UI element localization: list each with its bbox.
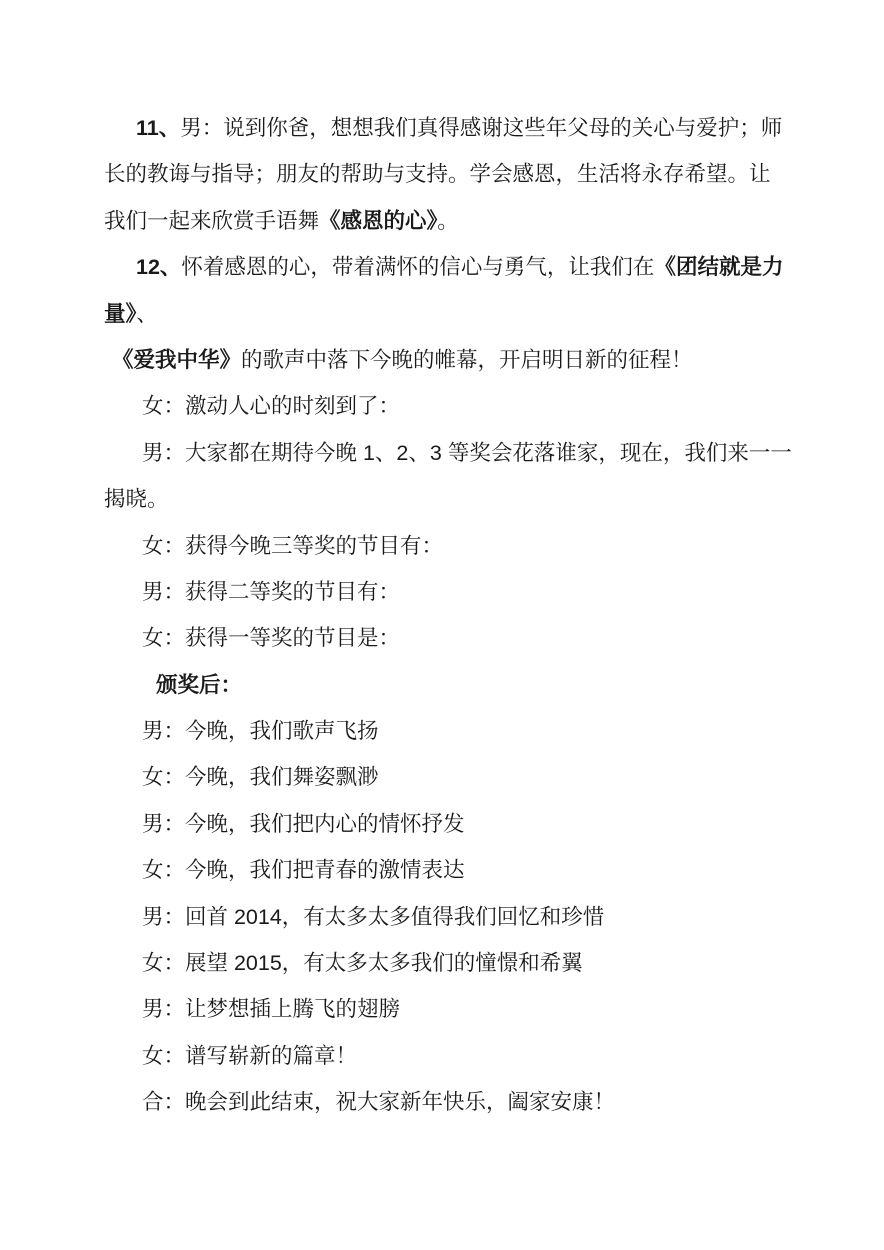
text-run: 怀着感恩的心，带着满怀的信心与勇气，让我们在 <box>181 255 654 279</box>
text-line: 女：今晚，我们舞姿飘渺 <box>104 754 780 800</box>
text-line: 男：获得二等奖的节目有： <box>104 569 780 615</box>
text-line: 11、男：说到你爸，想想我们真得感谢这些年父母的关心与爱护；师 <box>104 105 780 151</box>
text-run: 男：今晚，我们把内心的情怀抒发 <box>142 812 465 836</box>
text-run: 男：说到你爸，想想我们真得感谢这些年父母的关心与爱护；师 <box>180 116 782 140</box>
bold-text-run: 颁奖后： <box>156 673 242 697</box>
bold-text-run: 11、 <box>136 116 180 140</box>
text-line: 女：获得今晚三等奖的节目有： <box>104 523 780 569</box>
text-line: 12、怀着感恩的心，带着满怀的信心与勇气，让我们在《团结就是力 <box>104 244 780 290</box>
text-line: 男：让梦想插上腾飞的翅膀 <box>104 986 780 1032</box>
text-line: 男：大家都在期待今晚 1、2、3 等奖会花落谁家，现在，我们来一一 <box>104 430 780 476</box>
bold-text-run: 量》 <box>104 302 136 326</box>
text-line: 合：晚会到此结束，祝大家新年快乐，阖家安康！ <box>104 1079 780 1125</box>
text-run: 男：回首 2014，有太多太多值得我们回忆和珍惜 <box>142 905 604 929</box>
text-run: 长的教诲与指导；朋友的帮助与支持。学会感恩，生活将永存希望。让 <box>104 162 771 186</box>
text-run: 女：获得一等奖的节目是： <box>142 626 400 650</box>
text-run: 的歌声中落下今晚的帷幕，开启明日新的征程！ <box>241 348 693 372</box>
document-page: 11、男：说到你爸，想想我们真得感谢这些年父母的关心与爱护；师长的教诲与指导；朋… <box>0 0 884 1250</box>
text-run: 女：谱写崭新的篇章！ <box>142 1044 357 1068</box>
text-line: 男：回首 2014，有太多太多值得我们回忆和珍惜 <box>104 894 780 940</box>
text-run: 女：展望 2015，有太多太多我们的憧憬和希翼 <box>142 951 583 975</box>
text-run: 女：激动人心的时刻到了： <box>142 394 400 418</box>
text-line: 量》、 <box>104 291 780 337</box>
document-body: 11、男：说到你爸，想想我们真得感谢这些年父母的关心与爱护；师长的教诲与指导；朋… <box>104 105 780 1126</box>
text-line: 男：今晚，我们把内心的情怀抒发 <box>104 801 780 847</box>
text-run: 男：今晚，我们歌声飞扬 <box>142 719 379 743</box>
bold-text-run: 《爱我中华》 <box>112 348 241 372</box>
text-run: 合：晚会到此结束，祝大家新年快乐，阖家安康！ <box>142 1090 615 1114</box>
text-run: 。 <box>437 209 459 233</box>
text-run: 女：今晚，我们把青春的激情表达 <box>142 858 465 882</box>
text-run: 男：让梦想插上腾飞的翅膀 <box>142 997 400 1021</box>
text-run: 男：获得二等奖的节目有： <box>142 580 400 604</box>
text-line: 颁奖后： <box>104 662 780 708</box>
text-line: 男：今晚，我们歌声飞扬 <box>104 708 780 754</box>
text-line: 女：获得一等奖的节目是： <box>104 615 780 661</box>
text-line: 《爱我中华》的歌声中落下今晚的帷幕，开启明日新的征程！ <box>104 337 780 383</box>
text-run: 男：大家都在期待今晚 1、2、3 等奖会花落谁家，现在，我们来一一 <box>142 441 792 465</box>
text-line: 揭晓。 <box>104 476 780 522</box>
text-line: 女：今晚，我们把青春的激情表达 <box>104 847 780 893</box>
text-line: 女：谱写崭新的篇章！ <box>104 1033 780 1079</box>
text-run: 女：今晚，我们舞姿飘渺 <box>142 765 379 789</box>
text-run: 我们一起来欣赏手语舞 <box>104 209 319 233</box>
text-run: 女：获得今晚三等奖的节目有： <box>142 534 443 558</box>
text-line: 女：展望 2015，有太多太多我们的憧憬和希翼 <box>104 940 780 986</box>
bold-text-run: 12、 <box>136 255 181 279</box>
text-line: 我们一起来欣赏手语舞《感恩的心》。 <box>104 198 780 244</box>
bold-text-run: 《团结就是力 <box>654 255 783 279</box>
bold-text-run: 《感恩的心》 <box>319 209 437 233</box>
text-run: 揭晓。 <box>104 487 169 511</box>
text-run: 、 <box>136 302 158 326</box>
text-line: 女：激动人心的时刻到了： <box>104 383 780 429</box>
text-line: 长的教诲与指导；朋友的帮助与支持。学会感恩，生活将永存希望。让 <box>104 151 780 197</box>
